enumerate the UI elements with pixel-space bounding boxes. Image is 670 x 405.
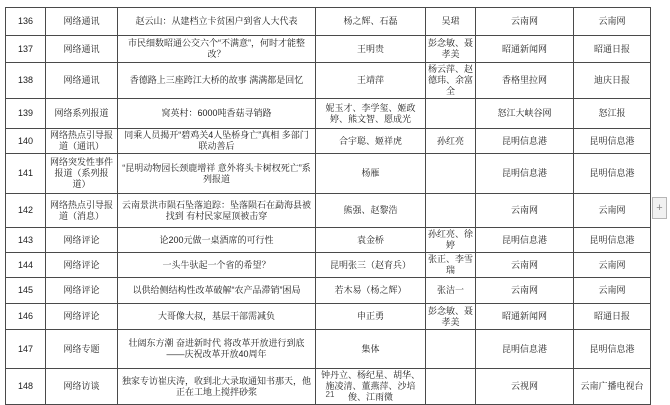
cell-editors xyxy=(426,369,476,405)
cell-publication: 云南网 xyxy=(574,194,651,228)
cell-publication: 昆明信息港 xyxy=(574,228,651,253)
cell-publication: 昆明信息港 xyxy=(574,330,651,369)
cell-authors: 合宇聪、姬祥虎 xyxy=(316,129,426,154)
cell-website: 云视网 xyxy=(476,369,574,405)
cell-row-number: 141 xyxy=(6,154,46,194)
cell-publication: 昭通日报 xyxy=(574,36,651,63)
cell-title: 香德路上三座跨江大桥的故事 满满都是回忆 xyxy=(118,63,316,99)
cell-title: 赵云山：从建档立卡贫困户到省人大代表 xyxy=(118,8,316,36)
cell-editors: 吴珺 xyxy=(426,8,476,36)
table-row: 143 网络评论 论200元做一桌酒席的可行性 袁金桥 孙红亮、徐婷 昆明信息港… xyxy=(6,228,651,253)
cell-category: 网络突发性事件报道（系列报道） xyxy=(46,154,118,194)
cell-row-number: 148 xyxy=(6,369,46,405)
cell-publication: 昆明信息港 xyxy=(574,129,651,154)
cell-row-number: 136 xyxy=(6,8,46,36)
cell-category: 网络通讯 xyxy=(46,63,118,99)
cell-publication: 昭通日报 xyxy=(574,304,651,330)
cell-editors xyxy=(426,330,476,369)
page-number: 21 xyxy=(0,390,660,399)
table-row: 138 网络通讯 香德路上三座跨江大桥的故事 满满都是回忆 王靖萍 杨云萍、赵德… xyxy=(6,63,651,99)
table-row: 136 网络通讯 赵云山：从建档立卡贫困户到省人大代表 杨之辉、石磊 吴珺 云南… xyxy=(6,8,651,36)
cell-category: 网络评论 xyxy=(46,304,118,330)
cell-row-number: 139 xyxy=(6,99,46,129)
cell-title: 一头牛驮起一个省的希望？ xyxy=(118,253,316,278)
cell-title: 独家专访崔庆涛，收到北大录取通知书那天，他正在工地上搅拌砂浆 xyxy=(118,369,316,405)
cell-title: 市民细数昭通公交六个“不满意”，何时才能整改？ xyxy=(118,36,316,63)
cell-authors: 王明贵 xyxy=(316,36,426,63)
awards-table: 136 网络通讯 赵云山：从建档立卡贫困户到省人大代表 杨之辉、石磊 吴珺 云南… xyxy=(5,7,651,405)
cell-title: 壮阔东方潮 奋进新时代 将改革开放进行到底——庆祝改革开放40周年 xyxy=(118,330,316,369)
cell-title: 云南景洪市陨石坠落追踪：坠落陨石在勐海县被找到 有村民家屋顶被击穿 xyxy=(118,194,316,228)
cell-website: 云南网 xyxy=(476,278,574,304)
table-row: 147 网络专题 壮阔东方潮 奋进新时代 将改革开放进行到底——庆祝改革开放40… xyxy=(6,330,651,369)
cell-row-number: 137 xyxy=(6,36,46,63)
table-row: 144 网络评论 一头牛驮起一个省的希望？ 昆明张三（赵育兵） 张正、李雪瑞 云… xyxy=(6,253,651,278)
cell-authors: 集体 xyxy=(316,330,426,369)
cell-authors: 杨雁 xyxy=(316,154,426,194)
table-row: 148 网络访谈 独家专访崔庆涛，收到北大录取通知书那天，他正在工地上搅拌砂浆 … xyxy=(6,369,651,405)
cell-editors: 彭念敏、聂孝美 xyxy=(426,304,476,330)
cell-authors: 妮玉才、李学玺、姬政婷、熊文智、愿成光 xyxy=(316,99,426,129)
cell-website: 昆明信息港 xyxy=(476,228,574,253)
cell-editors xyxy=(426,194,476,228)
cell-row-number: 147 xyxy=(6,330,46,369)
cell-website: 昆明信息港 xyxy=(476,154,574,194)
cell-publication: 怒江报 xyxy=(574,99,651,129)
cell-publication: 云南网 xyxy=(574,253,651,278)
cell-authors: 王靖萍 xyxy=(316,63,426,99)
cell-website: 昆明信息港 xyxy=(476,330,574,369)
cell-title: 大哥像大叔，基层干部需减负 xyxy=(118,304,316,330)
cell-publication: 迪庆日报 xyxy=(574,63,651,99)
cell-category: 网络专题 xyxy=(46,330,118,369)
cell-category: 网络评论 xyxy=(46,278,118,304)
cell-row-number: 138 xyxy=(6,63,46,99)
cell-category: 网络通讯 xyxy=(46,36,118,63)
cell-title: 窝英村：6000吨香菇寻销路 xyxy=(118,99,316,129)
cell-publication: 云南广播电视台 xyxy=(574,369,651,405)
cell-title: 同乘人员揭开“碧鸡关4人坠桥身亡”真相 多部门联动善后 xyxy=(118,129,316,154)
cell-editors: 彭念敏、聂孝美 xyxy=(426,36,476,63)
cell-editors xyxy=(426,99,476,129)
cell-publication: 云南网 xyxy=(574,278,651,304)
table-row: 146 网络评论 大哥像大叔，基层干部需减负 申正勇 彭念敏、聂孝美 昭通新闻网… xyxy=(6,304,651,330)
cell-category: 网络热点引导报道（通讯） xyxy=(46,129,118,154)
cell-row-number: 145 xyxy=(6,278,46,304)
table-row: 140 网络热点引导报道（通讯） 同乘人员揭开“碧鸡关4人坠桥身亡”真相 多部门… xyxy=(6,129,651,154)
cell-editors: 张正、李雪瑞 xyxy=(426,253,476,278)
cell-title: 论200元做一桌酒席的可行性 xyxy=(118,228,316,253)
cell-authors: 袁金桥 xyxy=(316,228,426,253)
document-page: 136 网络通讯 赵云山：从建档立卡贫困户到省人大代表 杨之辉、石磊 吴珺 云南… xyxy=(0,0,670,405)
cell-category: 网络热点引导报道（消息） xyxy=(46,194,118,228)
cell-category: 网络评论 xyxy=(46,228,118,253)
table-row: 137 网络通讯 市民细数昭通公交六个“不满意”，何时才能整改？ 王明贵 彭念敏… xyxy=(6,36,651,63)
cell-website: 云南网 xyxy=(476,253,574,278)
cell-website: 昭通新闻网 xyxy=(476,304,574,330)
cell-authors: 若木易（杨之辉） xyxy=(316,278,426,304)
cell-category: 网络通讯 xyxy=(46,8,118,36)
cell-authors: 申正勇 xyxy=(316,304,426,330)
cell-website: 昭通新闻网 xyxy=(476,36,574,63)
cell-editors: 孙红亮、徐婷 xyxy=(426,228,476,253)
cell-authors: 昆明张三（赵育兵） xyxy=(316,253,426,278)
table-row: 145 网络评论 以供给侧结构性改革破解“农产品滞销”困局 若木易（杨之辉） 张… xyxy=(6,278,651,304)
cell-website: 云南网 xyxy=(476,8,574,36)
table-row: 142 网络热点引导报道（消息） 云南景洪市陨石坠落追踪：坠落陨石在勐海县被找到… xyxy=(6,194,651,228)
cell-publication: 云南网 xyxy=(574,8,651,36)
cell-row-number: 140 xyxy=(6,129,46,154)
table-row: 141 网络突发性事件报道（系列报道） “昆明动物园长颈鹿增祥 意外将头卡树杈死… xyxy=(6,154,651,194)
cell-authors: 钟丹立、杨纪星、胡华、施凌清、董燕萍、沙培俊、江雨微 xyxy=(316,369,426,405)
cell-editors: 杨云萍、赵德玮、余富全 xyxy=(426,63,476,99)
cell-row-number: 143 xyxy=(6,228,46,253)
plus-button[interactable]: + xyxy=(652,197,667,219)
cell-authors: 熊强、赵黎浩 xyxy=(316,194,426,228)
cell-editors xyxy=(426,154,476,194)
cell-category: 网络评论 xyxy=(46,253,118,278)
cell-row-number: 144 xyxy=(6,253,46,278)
cell-title: 以供给侧结构性改革破解“农产品滞销”困局 xyxy=(118,278,316,304)
cell-editors: 张洁一 xyxy=(426,278,476,304)
cell-website: 怒江大峡谷网 xyxy=(476,99,574,129)
cell-category: 网络系列报道 xyxy=(46,99,118,129)
cell-row-number: 142 xyxy=(6,194,46,228)
cell-website: 香格里拉网 xyxy=(476,63,574,99)
cell-publication: 昆明信息港 xyxy=(574,154,651,194)
cell-authors: 杨之辉、石磊 xyxy=(316,8,426,36)
cell-title: “昆明动物园长颈鹿增祥 意外将头卡树杈死亡”系列报道 xyxy=(118,154,316,194)
cell-row-number: 146 xyxy=(6,304,46,330)
cell-website: 云南网 xyxy=(476,194,574,228)
cell-editors: 孙红亮 xyxy=(426,129,476,154)
table-row: 139 网络系列报道 窝英村：6000吨香菇寻销路 妮玉才、李学玺、姬政婷、熊文… xyxy=(6,99,651,129)
cell-website: 昆明信息港 xyxy=(476,129,574,154)
cell-category: 网络访谈 xyxy=(46,369,118,405)
